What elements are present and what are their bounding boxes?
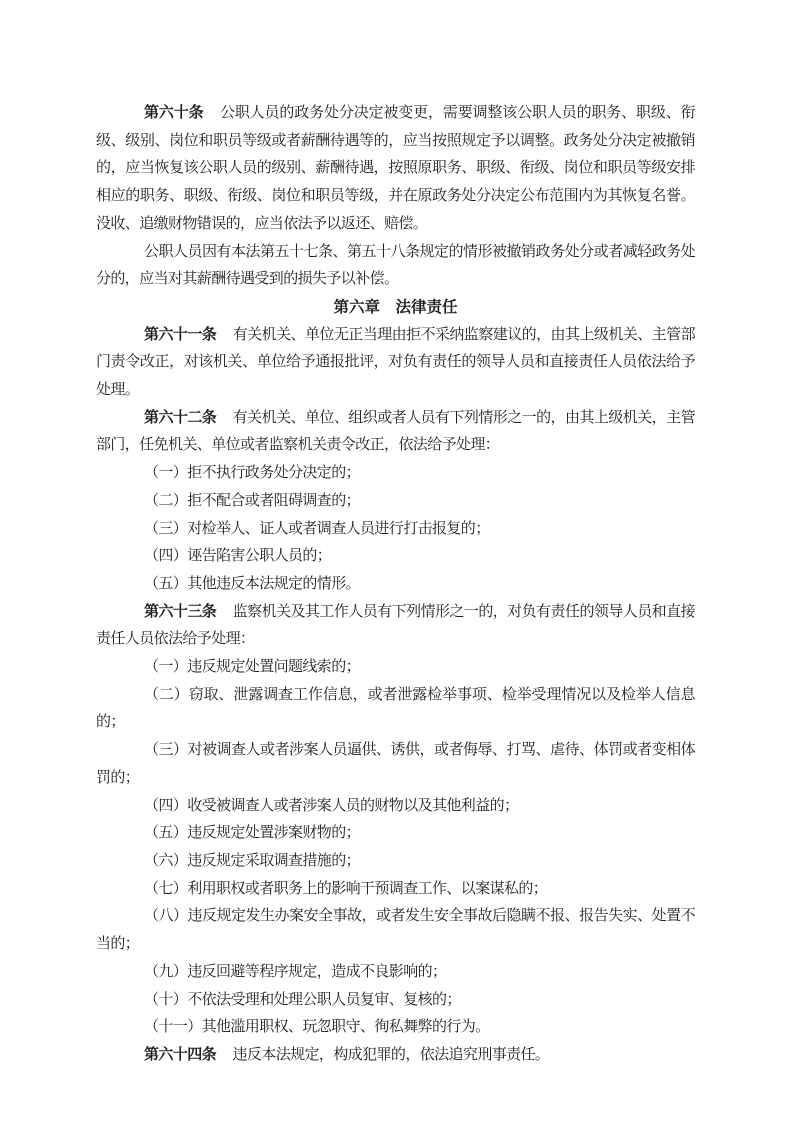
list-item: （一）违反规定处置问题线索的； [96,654,695,682]
article-paragraph: 第六十三条监察机关及其工作人员有下列情形之一的，对负有责任的领导人员和直接责任人… [96,599,695,654]
article-text: 公职人员的政务处分决定被变更，需要调整该公职人员的职务、职级、衔级、级别、岗位和… [96,105,695,232]
article-number: 第六十一条 [144,327,216,343]
list-item: （七）利用职权或者职务上的影响干预调查工作、以案谋私的； [96,876,695,904]
chapter-heading: 第六章 法律责任 [96,294,695,322]
list-item: （十一）其他滥用职权、玩忽职守、徇私舞弊的行为。 [96,1014,695,1042]
article-number: 第六十条 [144,105,203,121]
list-item: （八）违反规定发生办案安全事故，或者发生安全事故后隐瞒不报、报告失实、处置不当的… [96,903,695,958]
list-item: （一）拒不执行政务处分决定的； [96,460,695,488]
article-paragraph: 第六十二条有关机关、单位、组织或者人员有下列情形之一的，由其上级机关，主管部门，… [96,405,695,460]
list-item: （四）收受被调查人或者涉案人员的财物以及其他利益的； [96,793,695,821]
document-page: 第六十条公职人员的政务处分决定被变更，需要调整该公职人员的职务、职级、衔级、级别… [0,0,793,1070]
article-text: 违反本法规定，构成犯罪的，依法追究刑事责任。 [233,1047,550,1063]
article-paragraph: 第六十条公职人员的政务处分决定被变更，需要调整该公职人员的职务、职级、衔级、级别… [96,100,695,239]
list-item: （二）拒不配合或者阻碍调查的； [96,488,695,516]
article-paragraph: 第六十四条违反本法规定，构成犯罪的，依法追究刑事责任。 [96,1042,695,1070]
list-item: （十）不依法受理和处理公职人员复审、复核的； [96,987,695,1015]
list-item: （四）诬告陷害公职人员的； [96,543,695,571]
list-item: （二）窃取、泄露调查工作信息，或者泄露检举事项、检举受理情况以及检举人信息的； [96,682,695,737]
article-paragraph: 第六十一条有关机关、单位无正当理由拒不采纳监察建议的，由其上级机关、主管部门责令… [96,322,695,405]
list-item: （五）违反规定处置涉案财物的； [96,820,695,848]
article-number: 第六十二条 [144,410,216,426]
list-item: （九）违反回避等程序规定，造成不良影响的； [96,959,695,987]
list-item: （三）对被调查人或者涉案人员逼供、诱供，或者侮辱、打骂、虐待、体罚或者变相体罚的… [96,737,695,792]
article-number: 第六十三条 [144,604,216,620]
article-number: 第六十四条 [144,1047,216,1063]
plain-paragraph: 公职人员因有本法第五十七条、第五十八条规定的情形被撤销政务处分或者减轻政务处分的… [96,239,695,294]
list-item: （六）违反规定采取调查措施的； [96,848,695,876]
list-item: （三）对检举人、证人或者调查人员进行打击报复的； [96,516,695,544]
list-item: （五）其他违反本法规定的情形。 [96,571,695,599]
